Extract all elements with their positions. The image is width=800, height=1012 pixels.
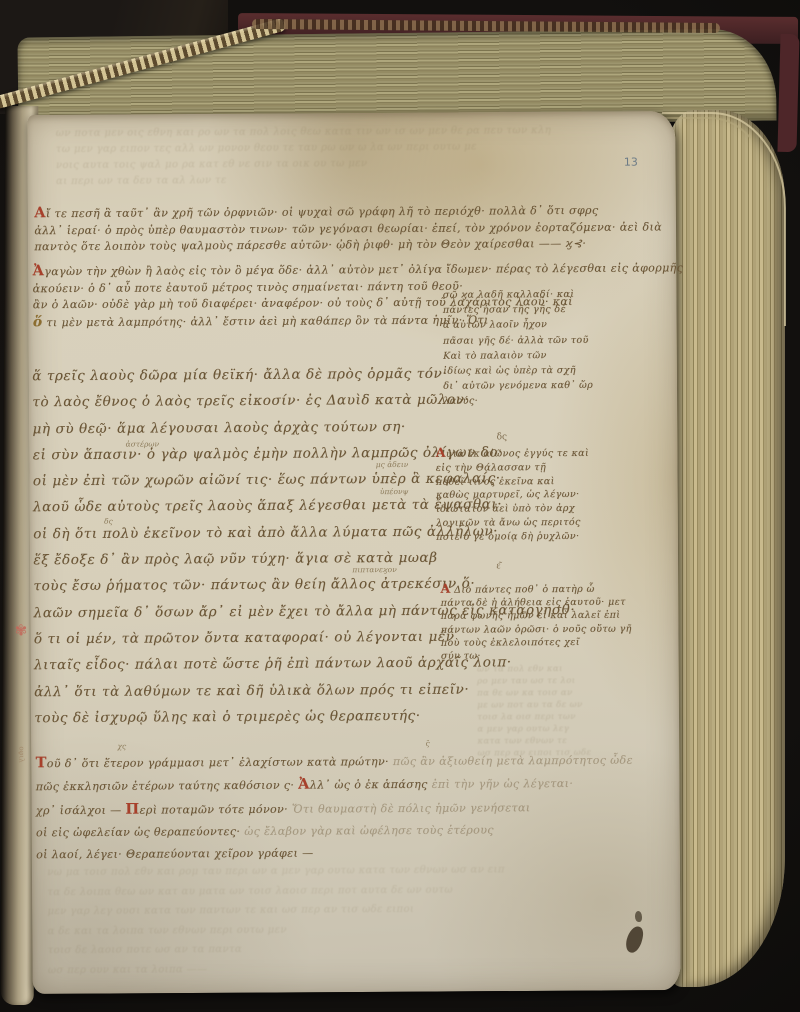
interlinear-gloss: μς ἀδειν: [376, 460, 409, 469]
text-line: πάντες ἦσαν τῆς γῆς δέ: [443, 302, 607, 318]
text-line: ἰδίως καὶ ὡς ὑπὲρ τὰ σχῆ: [443, 363, 607, 379]
text-line: πάντα δὲ ἡ ἀλήθεια εἰς ἑαυτοῦ· μετ: [441, 596, 623, 610]
text-line: παντὸς ὅτε λοιπὸν τοὺς ψαλμοὺς πάρεσθε α…: [34, 236, 644, 256]
paragraph-1: Αἴ τε πεσῆ ἃ ταῦτ᾽ ἂν χρῆ τῶν ὀρφνιῶν· ο…: [34, 202, 644, 256]
text-line: ὅ τι οἱ μέν, τὰ πρῶτον ὄντα καταφοραί· ο…: [34, 624, 458, 653]
bottom-text-block: Τοῦ δ᾽ ὅτι ἕτερον γράμμασι μετ᾽ ἐλαχίστω…: [35, 748, 668, 866]
text-line: ἰδιώτατον ἀεὶ ὑπὸ τὸν ἀρχ: [436, 502, 624, 517]
interlinear-gloss: δς: [104, 517, 113, 526]
text-line: τοισ λα οισ περι των: [477, 711, 633, 724]
showthrough-text-bottom: νω μα τοισ πολ εθν και ρομ ταυ περι ων α…: [47, 859, 664, 980]
interlinear-gloss: ἀστέρων: [126, 439, 160, 448]
text-line: ωσ περ ουν και τα λοιπα ——: [48, 957, 664, 980]
text-line: ἃ αὐτῶν λαοῖν ἦχον: [443, 317, 607, 333]
text-line: ρο μεν ταυ ωσ τε λοι: [477, 675, 633, 688]
marginal-note-1: Αὐτὰ ἐκ αἰῶνος ἐγγύς τε καὶεἰς τὴν Θάλασ…: [436, 445, 625, 545]
text-line: ποὺ τοὺς ἐκλελοιπότες χεῖ: [441, 635, 623, 649]
manuscript-photo: 13 ων ποτα μεν οις εθνη και ρο ων τα πολ…: [0, 0, 800, 1012]
rosette-ornament-icon: ✾: [15, 621, 28, 639]
text-line: Ἀγαγὼν τὴν χθὼν ἢ λαὸς εἰς τὸν ὃ μέγα ὅδ…: [33, 259, 647, 280]
text-line: τοὺς δὲ ἰσχυρῷ ὕλης καὶ ὁ τριμερὲς ὡς θε…: [34, 703, 458, 732]
text-line: οἱ δὴ ὅτι πολὺ ἐκεῖνον τὸ καὶ ἀπὸ ἄλλα λ…: [33, 518, 457, 547]
text-line: πῶς ἐκκλησιῶν ἑτέρων ταύτης καθόσιον ς· …: [36, 772, 668, 799]
main-body-text: ἅ τρεῖς λαοὺς δῶρα μία θεϊκή· ἄλλα δὲ πρ…: [32, 361, 458, 732]
marginal-note-2: Α Διὸ πάντες ποθ᾽ ὁ πατὴρ ὧπάντα δὲ ἡ ἀλ…: [440, 581, 622, 663]
text-line: λιταῖς εἶδος· πάλαι ποτὲ ὥστε ῥῆ ἐπὶ πάν…: [34, 650, 458, 679]
text-line: αι περι ων τα δευ τα αλ λων τε: [56, 171, 636, 191]
text-line: λογικῶν τὰ ἄνω ὡς περιτός: [436, 516, 624, 531]
interlinear-gloss: ς̑: [425, 739, 429, 748]
text-line: ων τα πολ εθν και: [477, 663, 633, 676]
interlinear-gloss: ὑπέονψ: [380, 487, 409, 496]
note1-header-mark: δ̑ς: [497, 432, 508, 442]
text-line: τὸ λαὸς ἔθνος ὁ λαὸς τρεῖς εἰκοσίν· ἐς Δ…: [32, 387, 456, 416]
faded-marginal-text: ων τα πολ εθν καιρο μεν ταυ ωσ τε λοιπα …: [477, 663, 634, 760]
ink-blot-small: [635, 911, 642, 922]
text-line: ποτὲ ὁ γε ὁμοίᾳ δὴ ῥυχλῶν·: [436, 529, 624, 544]
showthrough-text-top: ων ποτα μεν οις εθνη και ρο ων τα πολ λο…: [56, 123, 636, 191]
text-line: λαῶν σημεῖα δ᾽ ὅσων ἄρ᾽ εἰ μὲν ἔχει τὸ ἄ…: [34, 597, 458, 626]
page-text-layer: 13 ων ποτα μεν οις εθνη και ρο ων τα πολ…: [0, 0, 800, 1012]
text-line: Καὶ τὸ παλαιὸν τῶν: [443, 348, 607, 364]
text-line: πα θε ων κα τοισ αν: [477, 687, 633, 700]
text-line: Α Διὸ πάντες ποθ᾽ ὁ πατὴρ ὧ: [440, 581, 622, 597]
text-line: Αὐτὰ ἐκ αἰῶνος ἐγγύς τε καὶ: [436, 445, 624, 462]
text-line: κατα των εθνων τε: [477, 735, 633, 748]
interlinear-gloss: πιπτανεϗον: [352, 565, 396, 574]
text-line: μὴ σὺ θεῷ· ἅμα λέγουσαι λαοὺς ἀρχὰς τούτ…: [32, 413, 456, 442]
gutter-edge-text: οφιλ: [17, 746, 25, 762]
text-line: σῶ ϗα λαδῆ καλλαδί· καὶ: [443, 287, 607, 303]
text-line: α μεν γαρ ουτω λεγ: [477, 723, 633, 736]
text-line: ἅ τρεῖς λαοὺς δῶρα μία θεϊκή· ἄλλα δὲ πρ…: [32, 361, 456, 390]
text-line: ποθεῖ τινος ἐκεῖνα καὶ: [436, 474, 624, 489]
interlinear-gloss: χς: [117, 742, 126, 751]
text-line: ἀλλ᾽ ὅτι τὰ λαθύμων τε καὶ δῆ ὑλικὰ ὅλων…: [34, 676, 458, 705]
note2-header-mark: ε͂: [496, 560, 500, 571]
text-line: τοὺς ἔσω ῥήματος τῶν· πάντως ἂν θείη ἄλλ…: [33, 571, 457, 600]
text-line: καθὼς μαρτυρεῖ, ὡς λέγων·: [436, 488, 624, 503]
text-line: με ων ποτ αυ τα δε ων: [477, 699, 633, 712]
text-line: λαοῦ ὧδε αὐτοὺς τρεῖς λαοὺς ἅπαξ λέγεσθα…: [33, 492, 457, 521]
text-line: εἰς τὴν Θάλασσαν τῇ: [436, 460, 624, 475]
text-line: παρὰ φωνῆς ἡμῶν εἰ καὶ λαλεῖ ἐπὶ: [441, 609, 623, 623]
text-line: πᾶσαι γῆς δέ· ἀλλὰ τῶν τοῦ: [443, 332, 607, 348]
text-line: πάντων λαῶν ὁρῶσι· ὁ νοῦς οὕτω γῆ: [441, 622, 623, 636]
text-line: σύν τω·: [441, 649, 623, 663]
